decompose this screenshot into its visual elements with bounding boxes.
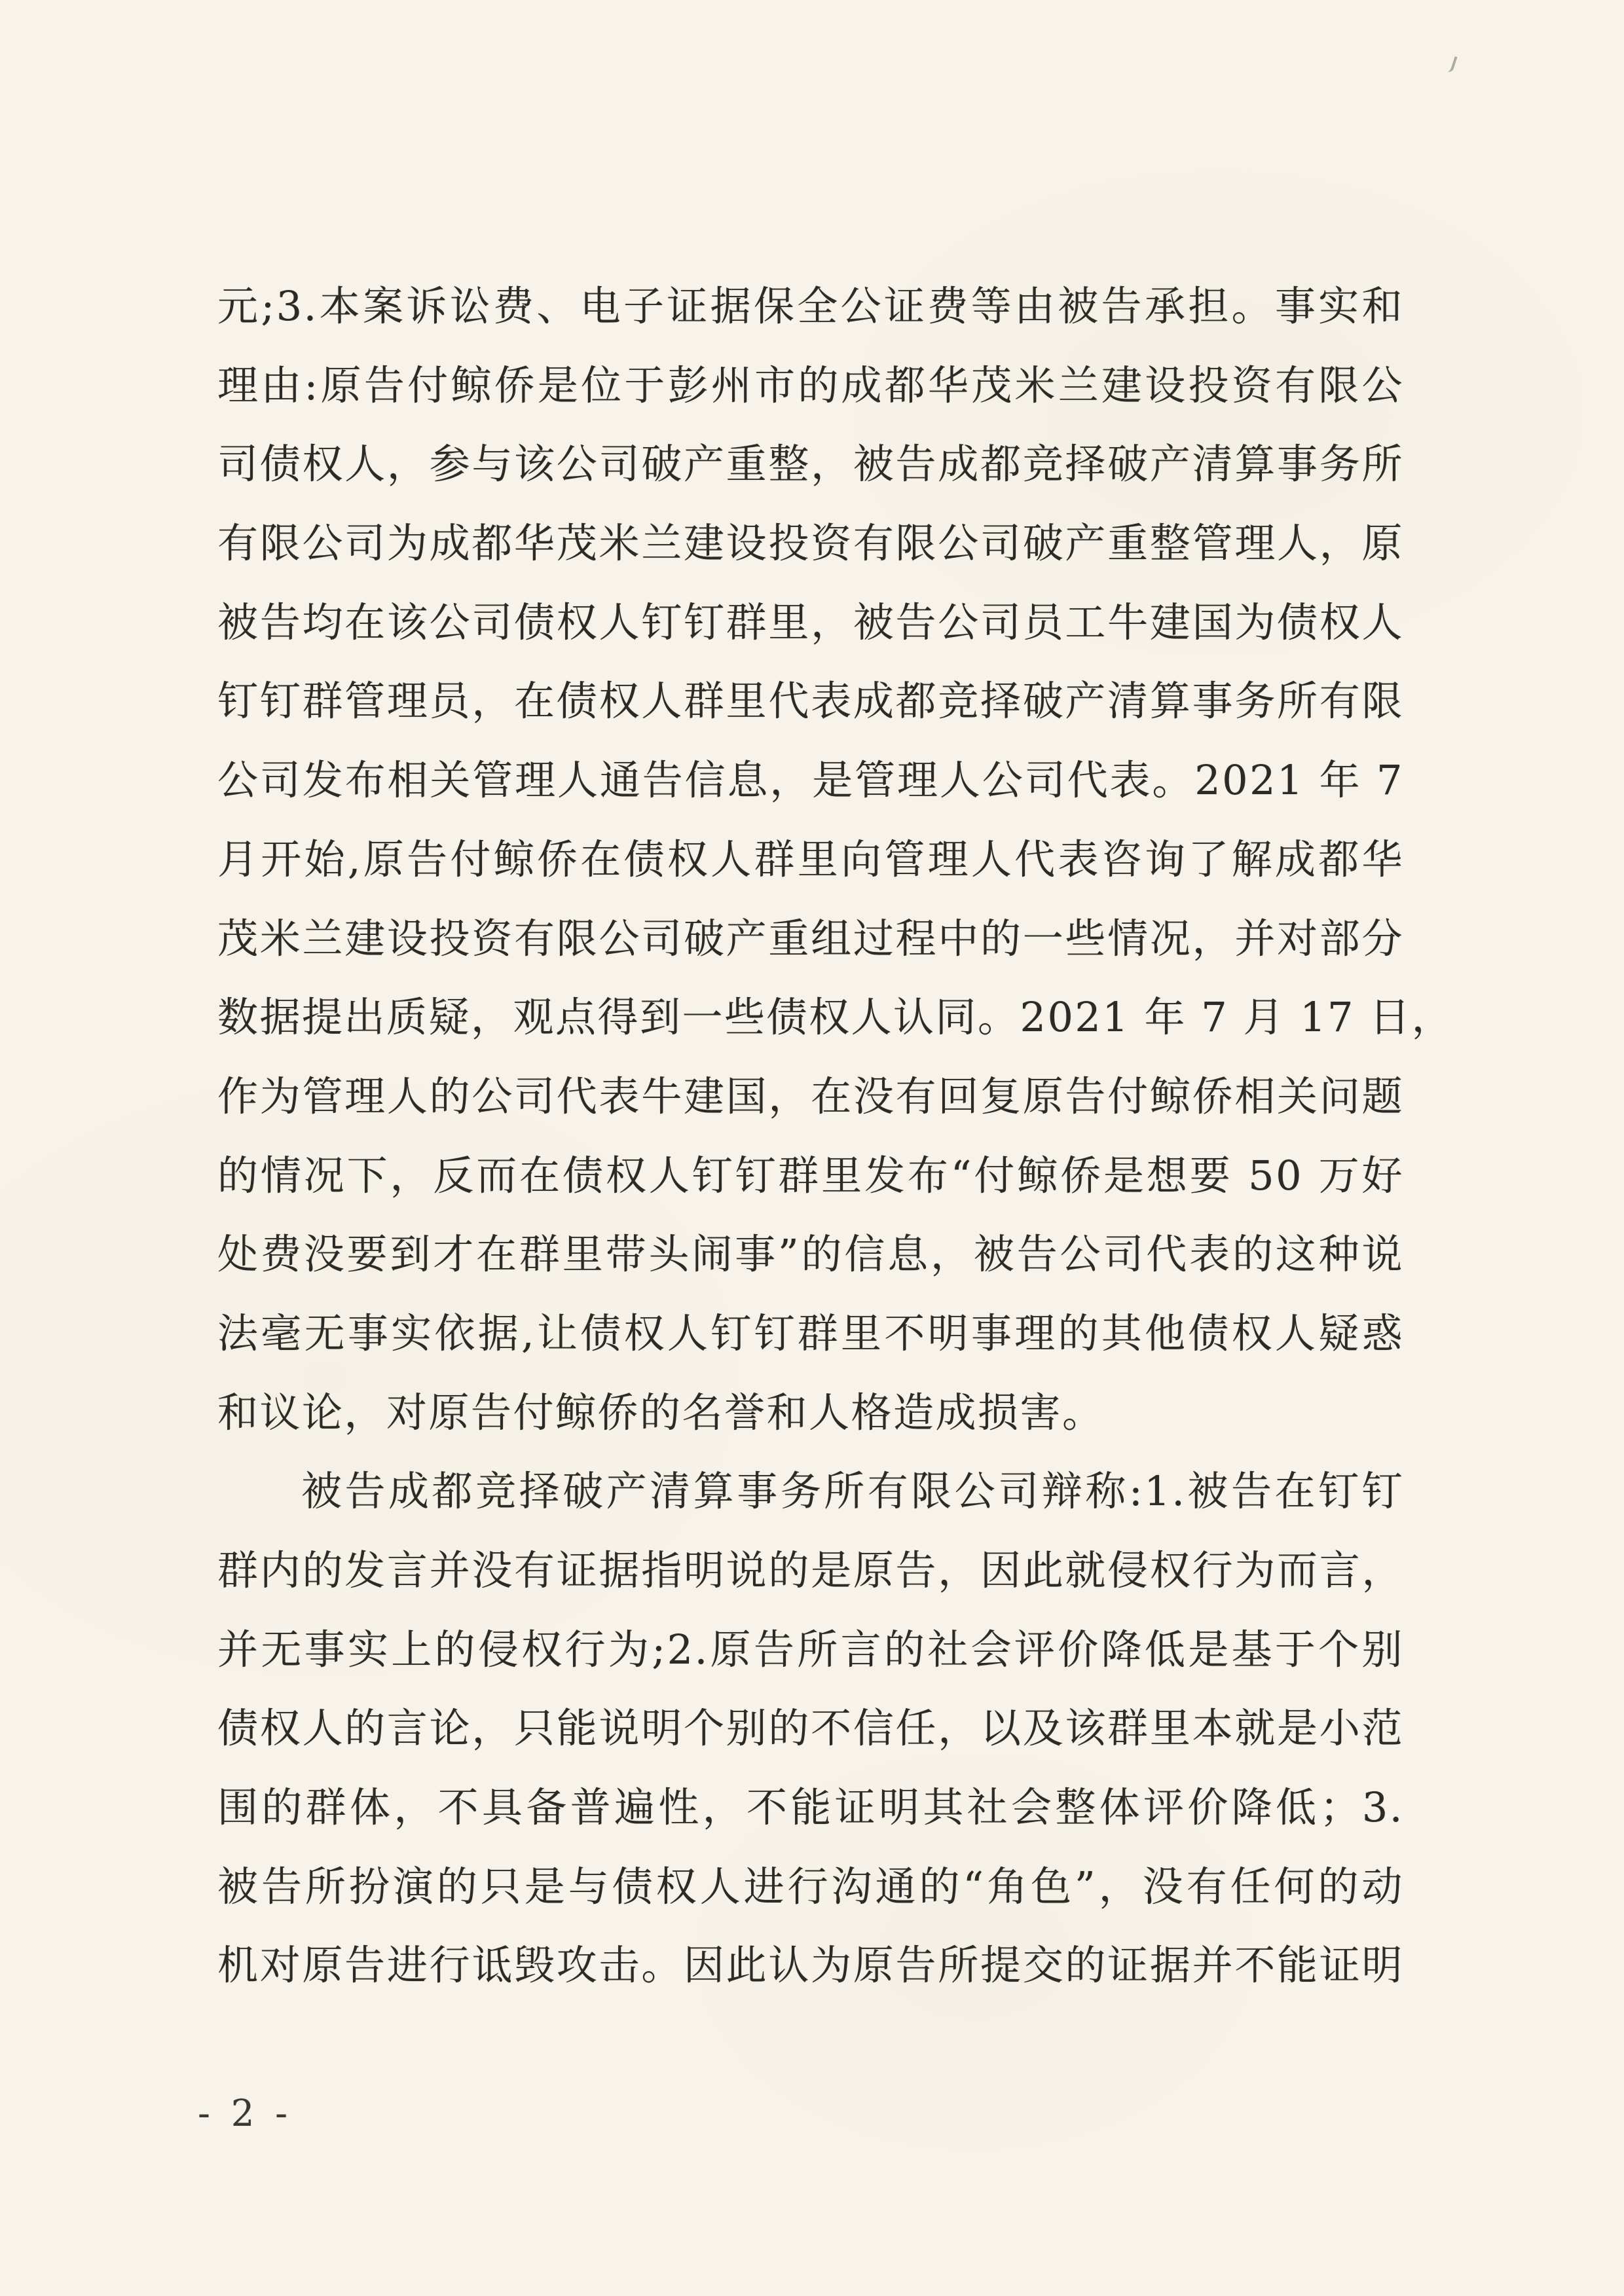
text-line: 作为管理人的公司代表牛建国，在没有回复原告付鲸侨相关问题 bbox=[217, 1057, 1404, 1137]
page-number: - 2 - bbox=[198, 2092, 292, 2135]
text-line: 月开始,原告付鲸侨在债权人群里向管理人代表咨询了解成都华 bbox=[217, 820, 1404, 900]
text-line: 被告成都竞择破产清算事务所有限公司辩称:1.被告在钉钉 bbox=[217, 1452, 1404, 1531]
text-line: 钉钉群管理员，在债权人群里代表成都竞择破产清算事务所有限 bbox=[217, 662, 1404, 741]
text-line: 机对原告进行诋毁攻击。因此认为原告所提交的证据并不能证明 bbox=[217, 1926, 1404, 2005]
scanned-document-page: 元;3.本案诉讼费、电子证据保全公证费等由被告承担。事实和 理由:原告付鲸侨是位… bbox=[0, 0, 1624, 2296]
text-line: 公司发布相关管理人通告信息，是管理人公司代表。2021 年 7 bbox=[217, 741, 1404, 820]
text-line: 和议论，对原告付鲸侨的名誉和人格造成损害。 bbox=[217, 1374, 1404, 1453]
scan-artifact bbox=[1442, 54, 1457, 73]
text-line: 被告均在该公司债权人钉钉群里，被告公司员工牛建国为债权人 bbox=[217, 583, 1404, 663]
text-line: 处费没要到才在群里带头闹事”的信息，被告公司代表的这种说 bbox=[217, 1215, 1404, 1294]
text-line: 数据提出质疑，观点得到一些债权人认同。2021 年 7 月 17 日， bbox=[217, 978, 1404, 1057]
paragraph-defendant-reply: 被告成都竞择破产清算事务所有限公司辩称:1.被告在钉钉 群内的发言并没有证据指明… bbox=[217, 1452, 1404, 2005]
text-line: 司债权人，参与该公司破产重整，被告成都竞择破产清算事务所 bbox=[217, 425, 1404, 504]
text-line: 有限公司为成都华茂米兰建设投资有限公司破产重整管理人，原 bbox=[217, 504, 1404, 583]
text-line: 理由:原告付鲸侨是位于彭州市的成都华茂米兰建设投资有限公 bbox=[217, 346, 1404, 426]
text-line: 被告所扮演的只是与债权人进行沟通的“角色”，没有任何的动 bbox=[217, 1848, 1404, 1927]
document-body: 元;3.本案诉讼费、电子证据保全公证费等由被告承担。事实和 理由:原告付鲸侨是位… bbox=[217, 267, 1404, 2005]
text-line: 债权人的言论，只能说明个别的不信任，以及该群里本就是小范 bbox=[217, 1689, 1404, 1768]
text-line: 茂米兰建设投资有限公司破产重组过程中的一些情况，并对部分 bbox=[217, 900, 1404, 979]
text-line: 群内的发言并没有证据指明说的是原告，因此就侵权行为而言， bbox=[217, 1531, 1404, 1611]
paragraph-facts-and-reasons: 元;3.本案诉讼费、电子证据保全公证费等由被告承担。事实和 理由:原告付鲸侨是位… bbox=[217, 267, 1404, 1452]
text-line: 的情况下，反而在债权人钉钉群里发布“付鲸侨是想要 50 万好 bbox=[217, 1137, 1404, 1216]
text-line: 元;3.本案诉讼费、电子证据保全公证费等由被告承担。事实和 bbox=[217, 267, 1404, 346]
text-line: 法毫无事实依据,让债权人钉钉群里不明事理的其他债权人疑惑 bbox=[217, 1294, 1404, 1374]
text-line: 并无事实上的侵权行为;2.原告所言的社会评价降低是基于个别 bbox=[217, 1611, 1404, 1690]
text-line: 围的群体，不具备普遍性，不能证明其社会整体评价降低；3. bbox=[217, 1768, 1404, 1848]
